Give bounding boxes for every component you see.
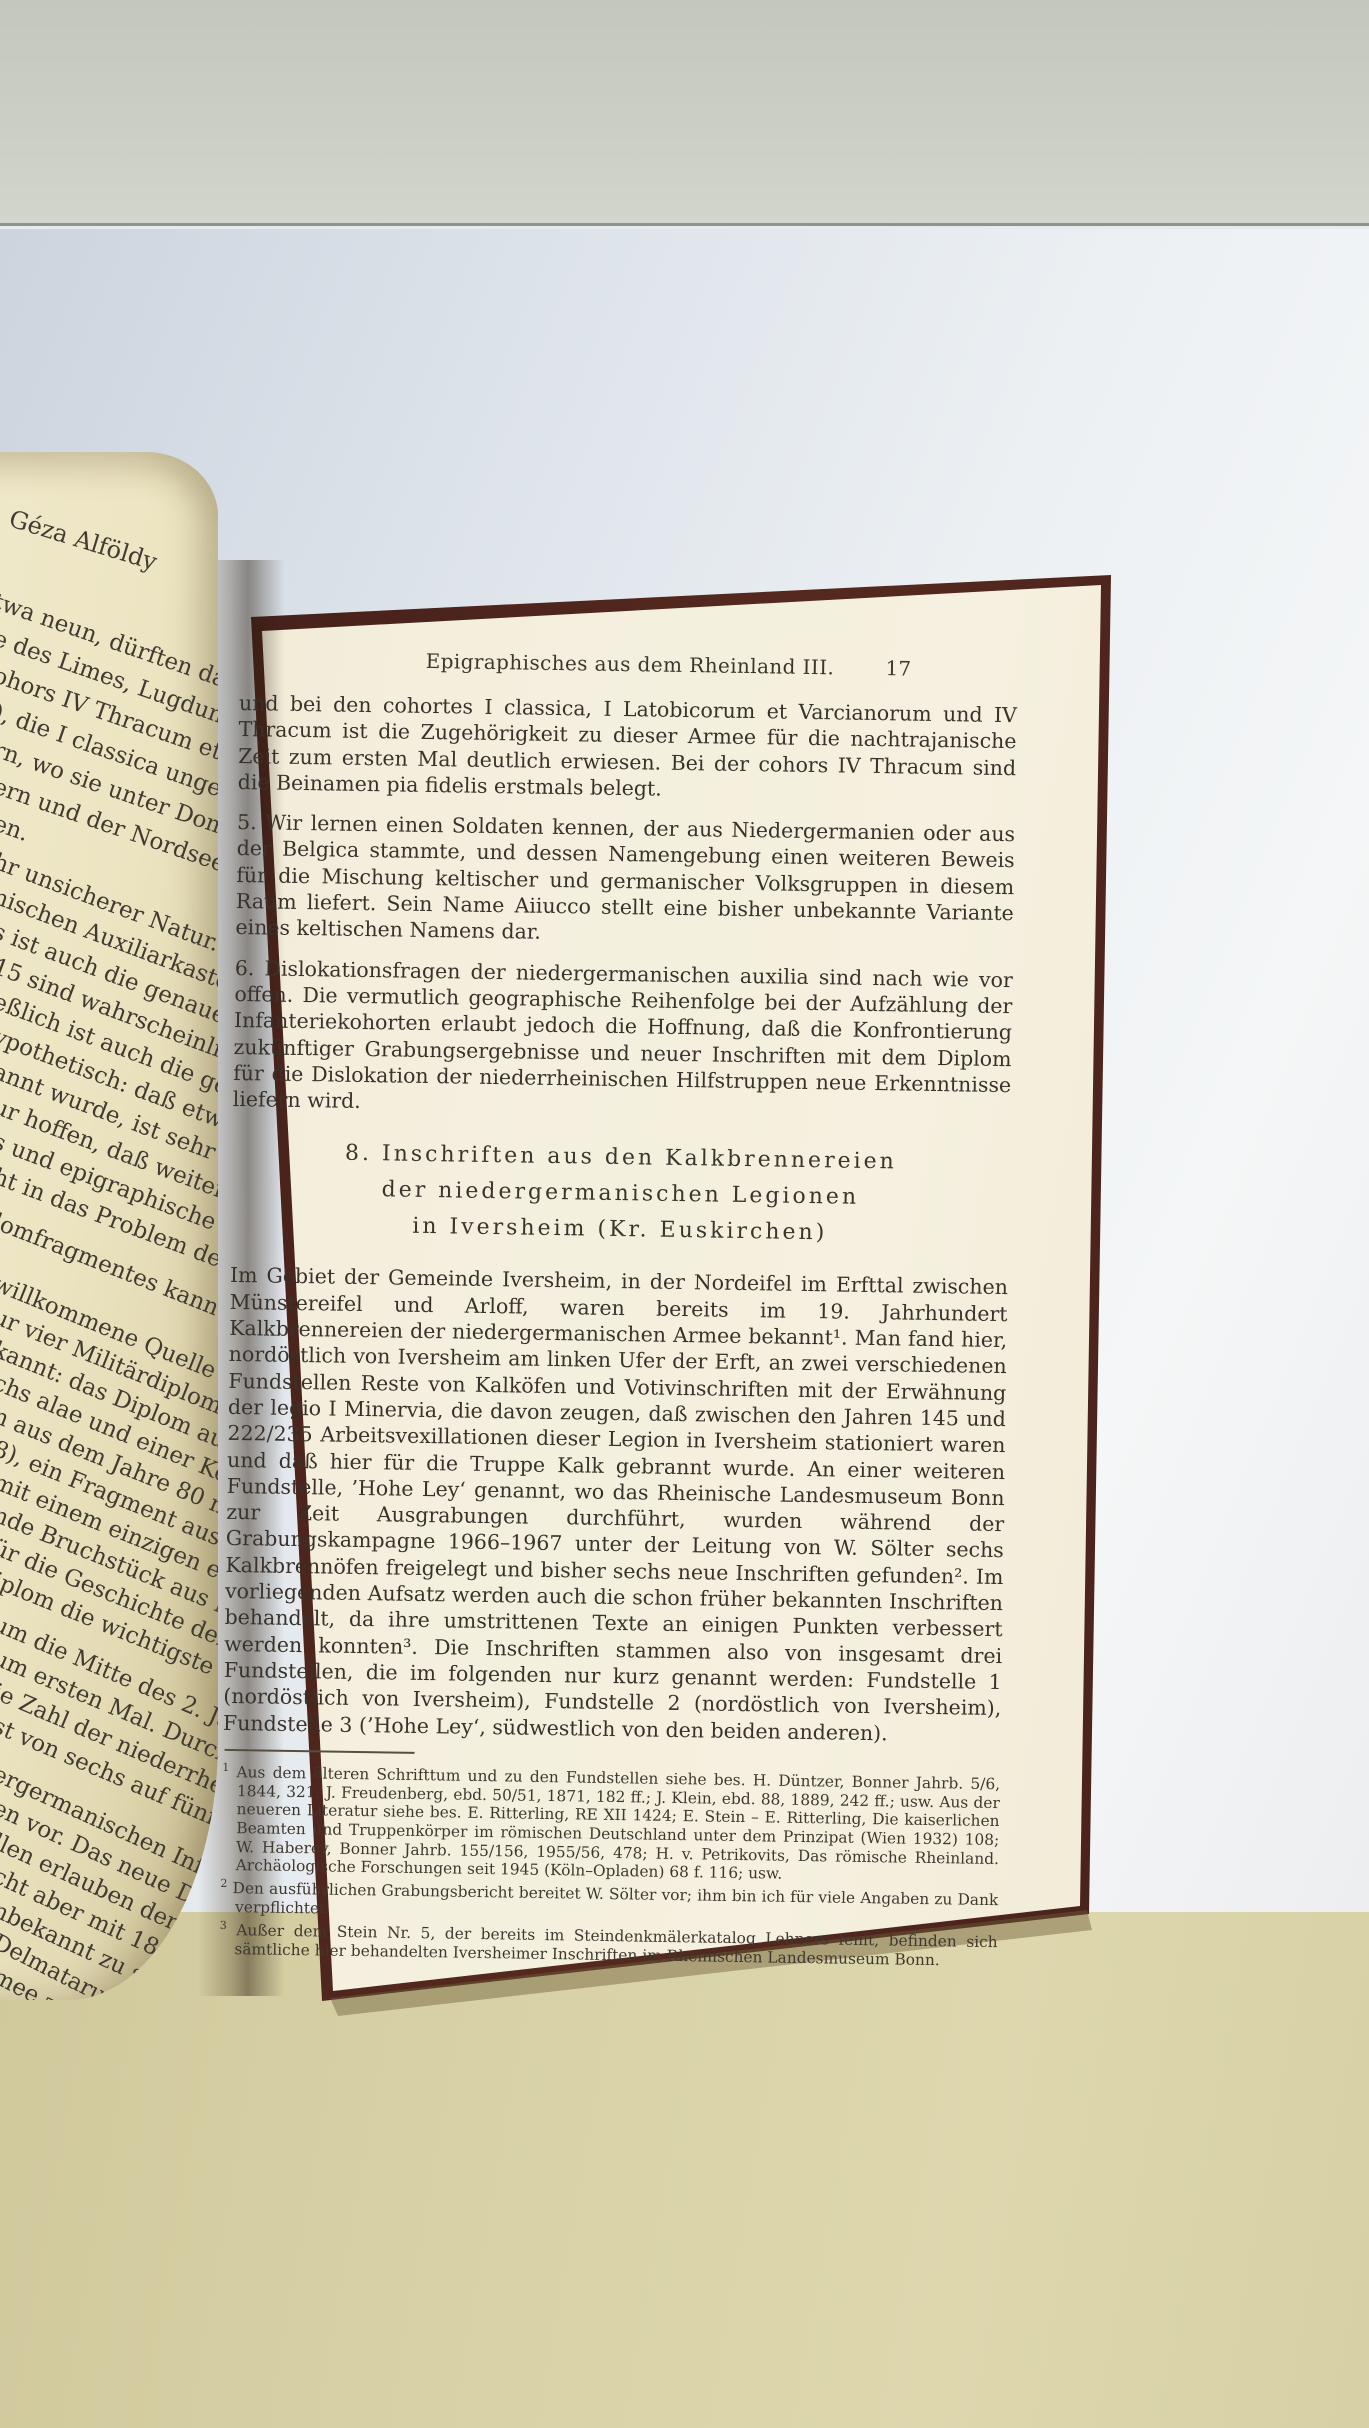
footnote-marker: 2 xyxy=(220,1877,227,1890)
intro-paragraph-3: 6. Dislokationsfragen der niedergermanis… xyxy=(233,955,1013,1125)
footnote-marker: 1 xyxy=(222,1761,229,1774)
page-number: 17 xyxy=(885,656,911,680)
left-page-author: Géza Alföldy xyxy=(6,505,160,576)
right-page-content: Epigraphisches aus dem Rheinland III. 17… xyxy=(220,640,1018,1922)
right-page-text-column: und bei den cohortes I classica, I Latob… xyxy=(219,690,1017,1970)
footnotes: 1 Aus dem älteren Schrifttum und zu den … xyxy=(219,1759,1000,1971)
wall-background-top xyxy=(0,0,1369,226)
running-head: Epigraphisches aus dem Rheinland III. xyxy=(426,649,835,679)
left-page: Géza Alföldy twa neun, dürften dann zwis… xyxy=(0,452,218,2000)
intro-paragraphs: und bei den cohortes I classica, I Latob… xyxy=(233,690,1018,1125)
intro-paragraph-1: und bei den cohortes I classica, I Latob… xyxy=(238,690,1018,807)
footnote-separator xyxy=(225,1749,415,1754)
section-heading: 8. Inschriften aus den Kalkbrennereiende… xyxy=(231,1134,1011,1254)
main-paragraph: Im Gebiet der Gemeinde Iversheim, in der… xyxy=(223,1262,1008,1748)
footnote-marker: 3 xyxy=(220,1919,227,1932)
intro-paragraph-2: 5. Wir lernen einen Soldaten kennen, der… xyxy=(235,809,1015,953)
footnote-1: 1 Aus dem älteren Schrifttum und zu den … xyxy=(221,1759,1001,1888)
running-head-row: Epigraphisches aus dem Rheinland III. 17 xyxy=(239,646,1017,688)
